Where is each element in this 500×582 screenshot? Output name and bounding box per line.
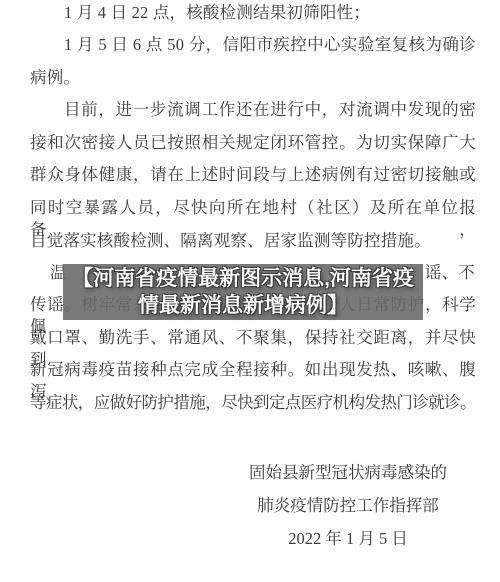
body-text-line: 自觉落实核酸检测、隔离观察、居家监测等防控措施。 (30, 230, 476, 252)
signature-org-line-1: 固始县新型冠状病毒感染的 (246, 456, 450, 489)
signature-date: 2022 年 1 月 5 日 (246, 522, 450, 555)
body-text-line: 1 月 4 日 22 点，核酸检测结果初筛阳性； (30, 2, 476, 24)
body-text-line: 1 月 5 日 6 点 50 分，信阳市疾控中心实验室复核为确诊 (30, 34, 476, 56)
overlay-caption-banner: 【河南省疫情最新图示消息,河南省疫 情最新消息新增病例】 (63, 264, 423, 320)
body-text-line: 接和次密接人员已按照相关规定闭环管控。为切实保障广大 (30, 132, 476, 154)
body-text-line: 病例。 (30, 67, 476, 89)
body-text-line: 等症状，应做好防护措施，尽快到定点医疗机构发热门诊就诊。 (30, 392, 476, 414)
body-text-line: 群众身体健康，请在上述时间段与上述病例有过密切接触或 (30, 164, 476, 186)
body-text-line: 戴口罩、勤洗手、常通风、不聚集，保持社交距离，并尽快到 (30, 327, 476, 349)
overlay-caption-line-2: 情最新消息新增病例】 (138, 292, 348, 320)
signature-org-line-2: 肺炎疫情防控工作指挥部 (246, 489, 450, 522)
signature-block: 固始县新型冠状病毒感染的 肺炎疫情防控工作指挥部 2022 年 1 月 5 日 (246, 456, 450, 555)
body-text-line: 同时空暴露人员，尽快向所在地村（社区）及所在单位报备， (30, 197, 476, 219)
notice-document-page: 1 月 4 日 22 点，核酸检测结果初筛阳性； 1 月 5 日 6 点 50 … (0, 0, 500, 582)
body-text-line: 目前，进一步流调工作还在进行中，对流调中发现的密 (30, 99, 476, 121)
body-text-line: 新冠病毒疫苗接种点完成全程接种。如出现发热、咳嗽、腹泻 (30, 359, 476, 381)
hidden-line-right-fragment: 谣、不 (425, 262, 475, 284)
overlay-caption-line-1: 【河南省疫情最新图示消息,河南省疫 (72, 265, 414, 293)
